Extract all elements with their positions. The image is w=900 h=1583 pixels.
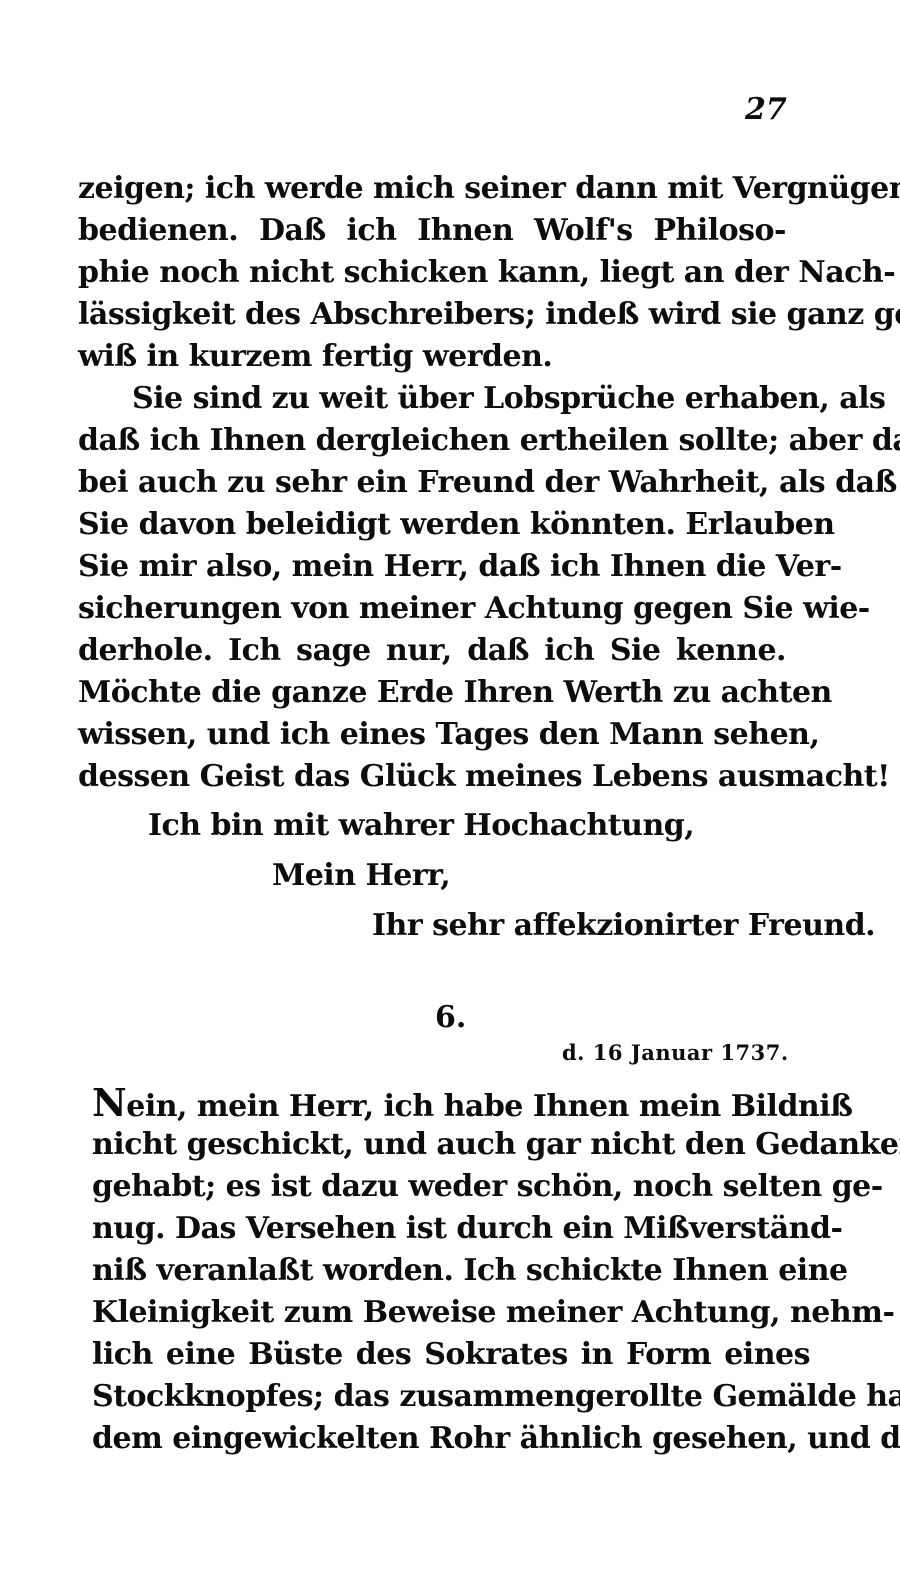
text-line: wissen, und ich eines Tages den Mann seh… [78, 714, 786, 756]
paragraph-two: Sie sind zu weit über Lobsprüche erhaben… [78, 378, 786, 798]
text-line: nicht geschickt, und auch gar nicht den … [92, 1124, 810, 1166]
text-line: Kleinigkeit zum Beweise meiner Achtung, … [92, 1292, 810, 1334]
letter-number: 6. [435, 1000, 466, 1035]
text-line: phie noch nicht schicken kann, liegt an … [78, 252, 786, 294]
text-line: Sie sind zu weit über Lobsprüche erhaben… [78, 378, 786, 420]
closing-salutation: Ich bin mit wahrer Hochachtung, [148, 808, 694, 843]
closing-address: Mein Herr, [272, 858, 450, 893]
text-line: Sie mir also, mein Herr, daß ich Ihnen d… [78, 546, 786, 588]
drop-capital: N [92, 1080, 126, 1125]
text-line: wiß in kurzem fertig werden. [78, 336, 786, 378]
text-line: gehabt; es ist dazu weder schön, noch se… [92, 1166, 810, 1208]
text-line-first: Nein, mein Herr, ich habe Ihnen mein Bil… [92, 1082, 810, 1124]
page-number: 27 [745, 92, 787, 127]
text-line: bei auch zu sehr ein Freund der Wahrheit… [78, 462, 786, 504]
text-line: daß ich Ihnen dergleichen ertheilen soll… [78, 420, 786, 462]
text-line: zeigen; ich werde mich seiner dann mit V… [78, 168, 786, 210]
text-line: lich eine Büste des Sokrates in Form ein… [92, 1334, 810, 1376]
closing-signature: Ihr sehr affekzionirter Freund. [372, 908, 875, 943]
text-line: nug. Das Versehen ist durch ein Mißverst… [92, 1208, 810, 1250]
letter-six-body: Nein, mein Herr, ich habe Ihnen mein Bil… [92, 1082, 810, 1460]
text-line: lässigkeit des Abschreibers; indeß wird … [78, 294, 786, 336]
text-line: bedienen. Daß ich Ihnen Wolf's Philoso- [78, 210, 786, 252]
first-line-text: ein, mein Herr, ich habe Ihnen mein Bild… [126, 1089, 852, 1124]
text-line: Sie davon beleidigt werden könnten. Erla… [78, 504, 786, 546]
letter-date: d. 16 Januar 1737. [562, 1040, 789, 1065]
text-line: derhole. Ich sage nur, daß ich Sie kenne… [78, 630, 786, 672]
text-line: niß veranlaßt worden. Ich schickte Ihnen… [92, 1250, 810, 1292]
text-line: sicherungen von meiner Achtung gegen Sie… [78, 588, 786, 630]
text-line: dessen Geist das Glück meines Lebens aus… [78, 756, 786, 798]
text-line: Möchte die ganze Erde Ihren Werth zu ach… [78, 672, 786, 714]
text-line: dem eingewickelten Rohr ähnlich gesehen,… [92, 1418, 810, 1460]
book-page: 27 zeigen; ich werde mich seiner dann mi… [0, 0, 900, 1583]
text-line: Stockknopfes; das zusammengerollte Gemäl… [92, 1376, 810, 1418]
continuation-paragraph: zeigen; ich werde mich seiner dann mit V… [78, 168, 786, 378]
